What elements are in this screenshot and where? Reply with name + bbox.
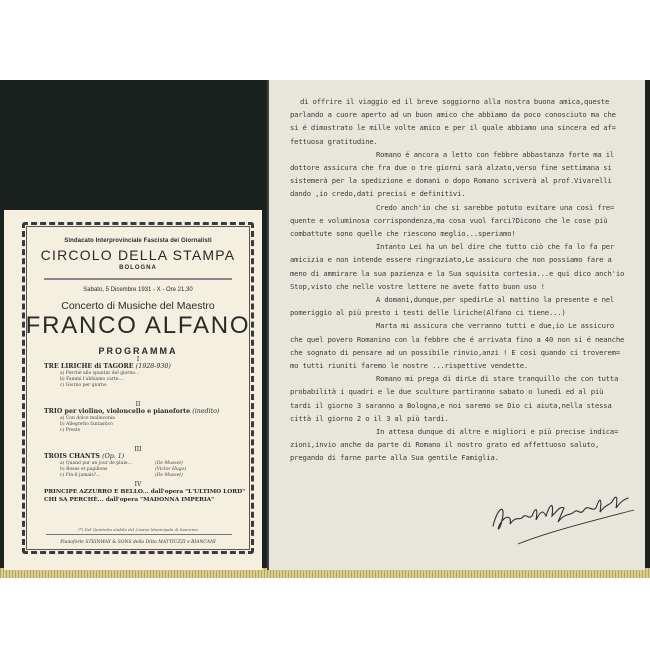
letter-line: amicizia e non intende essere ringraziat… bbox=[290, 255, 612, 264]
section-item: c) Presto bbox=[60, 428, 80, 433]
letter-line: pomeriggio al più presto i testi delle l… bbox=[290, 308, 566, 317]
section-numeral: II bbox=[22, 401, 254, 408]
program-concert-line: Concerto di Musiche del Maestro bbox=[22, 300, 254, 312]
letter-line: città il giorno 2 o il 3 al più tardi. bbox=[290, 414, 449, 423]
letter-line: Intanto Lei ha un bel dire che tutto ciò… bbox=[376, 242, 614, 251]
letter-line: Marta mi assicura che verranno tutti e d… bbox=[376, 321, 614, 330]
letter-line: combattute sono quelle che riescono megl… bbox=[290, 229, 516, 238]
section-item-author: (De Musset) bbox=[155, 461, 183, 466]
letter-line: sistemerà per la spedizione e domani o d… bbox=[290, 176, 612, 185]
letter-line: che quel povero Romanino con la febbre c… bbox=[290, 335, 624, 344]
section-item: c) Fin-il jamais?... bbox=[60, 473, 100, 478]
letter-line: si é dimostrato le mille volte amico e p… bbox=[290, 123, 616, 132]
section-item: a) Perchè allo spuntar del giorno... bbox=[60, 371, 139, 376]
letter-line: In attesa dunque di altre e migliori e p… bbox=[376, 427, 618, 436]
section-title: TRE LIRICHE di TAGORE (1928-930) bbox=[44, 363, 171, 370]
section-numeral: III bbox=[22, 446, 254, 453]
letter-line: probabilità i quadri e le due sculture p… bbox=[290, 387, 603, 396]
program-date: Sabato, 5 Dicembre 1931 - X - Ore 21,30 bbox=[22, 287, 254, 293]
letter-line: di offrire il viaggio ed il breve soggio… bbox=[300, 97, 609, 106]
section-numeral: I bbox=[22, 356, 254, 363]
section-line: PRINCIPE AZZURRO E BELLO... dall'opera "… bbox=[44, 489, 245, 495]
section-line: CHI SA PERCHÈ... dall'opera "MADONNA IMP… bbox=[44, 497, 214, 503]
letter-line: che sognato di pensare ad un possibile r… bbox=[290, 348, 620, 357]
program-composer: FRANCO ALFANO bbox=[22, 312, 254, 340]
letter-line: meno di ammirare la sua pazienza e la Su… bbox=[290, 269, 624, 278]
program-piano-note: Pianoforte STEINWAY & SONS della Ditta M… bbox=[22, 540, 254, 545]
divider bbox=[46, 534, 232, 535]
letter-line: pregando di farne parte alla Sua gentile… bbox=[290, 453, 499, 462]
letter-line: Romano é ancora a letto con febbre abbas… bbox=[376, 150, 614, 159]
letter-line: A domani,dunque,per spedirLe al mattino … bbox=[376, 295, 614, 304]
program-city: BOLOGNA bbox=[22, 265, 254, 271]
program-heading: PROGRAMMA bbox=[22, 346, 254, 356]
letter-line: Credo anch'io che si sarebbe potuto evit… bbox=[376, 203, 614, 212]
section-title: TRIO per violino, violoncello e pianofor… bbox=[44, 408, 219, 415]
letter-line: Romano mi prega di dirLe di stare tranqu… bbox=[376, 374, 618, 383]
section-item: c) Giorno per giorno bbox=[60, 383, 107, 388]
section-item: a) Con dolce malinconia bbox=[60, 416, 115, 421]
program-title: CIRCOLO DELLA STAMPA bbox=[22, 247, 254, 263]
section-item: a) Quand par un jour de pluie... bbox=[60, 461, 132, 466]
section-item: b) Roses et papillons bbox=[60, 467, 107, 472]
handwritten-signature bbox=[488, 486, 638, 546]
program-organization: Sindacato Interprovinciale Fascista dei … bbox=[22, 238, 254, 244]
letter-line: zioni,invio anche da parte di Romano il … bbox=[290, 440, 599, 449]
section-item-author: (De Musset) bbox=[155, 473, 183, 478]
decorative-border bbox=[22, 222, 254, 554]
program-footnote: (*) Del Quintetto stabile del Casino Mun… bbox=[22, 527, 254, 532]
letter-line: dottore assicura che fra due o tre giorn… bbox=[290, 163, 612, 172]
section-item-author: (Victor Hugo) bbox=[155, 467, 186, 472]
divider bbox=[44, 278, 232, 280]
letter-line: fettuosa gratitudine. bbox=[290, 137, 378, 146]
section-numeral: IV bbox=[22, 481, 254, 488]
letter-line: Stop,visto che nelle vostre lettere ne a… bbox=[290, 282, 545, 291]
letter-line: mo tutti riuniti faremo le nostre ...ris… bbox=[290, 361, 528, 370]
letter-line: dando ,io credo,dati precisi e definitiv… bbox=[290, 189, 465, 198]
letter-line: quente e voluminosa corrispondenza,ma co… bbox=[290, 216, 607, 225]
section-title: TROIS CHANTS (Op. 1) bbox=[44, 453, 124, 460]
section-item: b) Allegretto fantastico bbox=[60, 422, 113, 427]
letter-line: parlando a cuore aperto ad un buon amico… bbox=[290, 110, 616, 119]
section-item: b) Fammi l'abbiamo carte.... bbox=[60, 377, 124, 382]
letter-line: tardi il giorno 3 saranno a Bologna,e no… bbox=[290, 401, 612, 410]
